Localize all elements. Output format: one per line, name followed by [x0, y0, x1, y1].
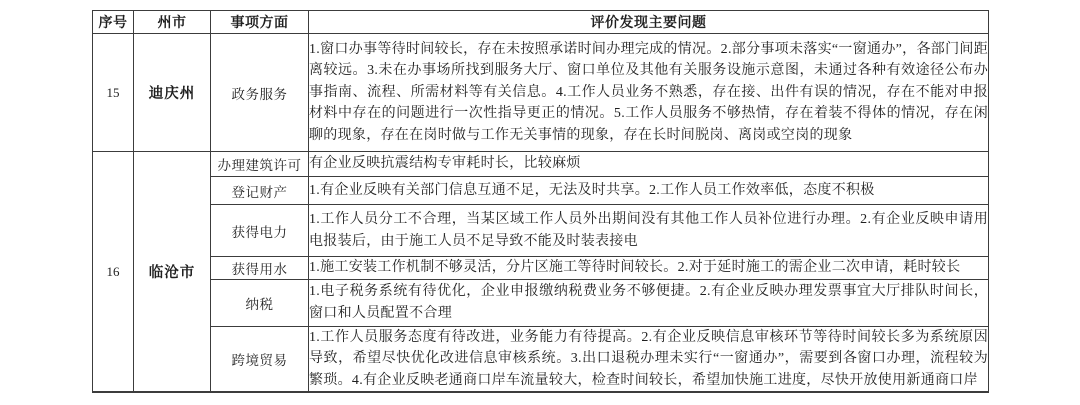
problems-cell: 有企业反映抗震结构专审耗时长，比较麻烦: [309, 152, 989, 177]
table-row-16-sub-2: 获得电力 1.工作人员分工不合理，当某区域工作人员外出期间没有其他工作人员补位进…: [93, 205, 989, 257]
col-header-problems: 评价发现主要问题: [309, 11, 989, 34]
row-index-cell: 15: [93, 34, 134, 152]
table-row-16-sub-0: 16 临沧市 办理建筑许可 有企业反映抗震结构专审耗时长，比较麻烦: [93, 152, 989, 177]
problems-cell: 1.施工安装工作机制不够灵活，分片区施工等待时间较长。2.对于延时施工的需企业二…: [309, 257, 989, 280]
aspect-cell: 政务服务: [211, 34, 309, 152]
evaluation-table: 序号 州市 事项方面 评价发现主要问题 15 迪庆州 政务服务 1.窗口办事等待…: [92, 10, 989, 393]
city-cell: 迪庆州: [134, 34, 211, 152]
col-header-city: 州市: [134, 11, 211, 34]
aspect-cell: 纳税: [211, 279, 309, 326]
problems-cell: 1.电子税务系统有待优化，企业申报缴纳税费业务不够便捷。2.有企业反映办理发票事…: [309, 279, 989, 326]
row-index-cell: 16: [93, 152, 134, 393]
table-row-15: 15 迪庆州 政务服务 1.窗口办事等待时间较长，存在未按照承诺时间办理完成的情…: [93, 34, 989, 152]
table-row-16-sub-5: 跨境贸易 1.工作人员服务态度有待改进，业务能力有待提高。2.有企业反映信息审核…: [93, 326, 989, 392]
problems-cell: 1.窗口办事等待时间较长，存在未按照承诺时间办理完成的情况。2.部分事项未落实“…: [309, 34, 989, 152]
table-row-16-sub-3: 获得用水 1.施工安装工作机制不够灵活，分片区施工等待时间较长。2.对于延时施工…: [93, 257, 989, 280]
col-header-index: 序号: [93, 11, 134, 34]
col-header-aspect: 事项方面: [211, 11, 309, 34]
city-cell: 临沧市: [134, 152, 211, 393]
problems-cell: 1.工作人员分工不合理，当某区域工作人员外出期间没有其他工作人员补位进行办理。2…: [309, 205, 989, 257]
problems-cell: 1.工作人员服务态度有待改进，业务能力有待提高。2.有企业反映信息审核环节等待时…: [309, 326, 989, 392]
table-row-16-sub-1: 登记财产 1.有企业反映有关部门信息互通不足，无法及时共享。2.工作人员工作效率…: [93, 177, 989, 205]
aspect-cell: 跨境贸易: [211, 326, 309, 392]
header-row: 序号 州市 事项方面 评价发现主要问题: [93, 11, 989, 34]
aspect-cell: 获得电力: [211, 205, 309, 257]
table-row-16-sub-4: 纳税 1.电子税务系统有待优化，企业申报缴纳税费业务不够便捷。2.有企业反映办理…: [93, 279, 989, 326]
table-container: 序号 州市 事项方面 评价发现主要问题 15 迪庆州 政务服务 1.窗口办事等待…: [92, 10, 989, 393]
problems-cell: 1.有企业反映有关部门信息互通不足，无法及时共享。2.工作人员工作效率低，态度不…: [309, 177, 989, 205]
aspect-cell: 办理建筑许可: [211, 152, 309, 177]
aspect-cell: 登记财产: [211, 177, 309, 205]
aspect-cell: 获得用水: [211, 257, 309, 280]
document-page: 序号 州市 事项方面 评价发现主要问题 15 迪庆州 政务服务 1.窗口办事等待…: [0, 0, 1080, 405]
